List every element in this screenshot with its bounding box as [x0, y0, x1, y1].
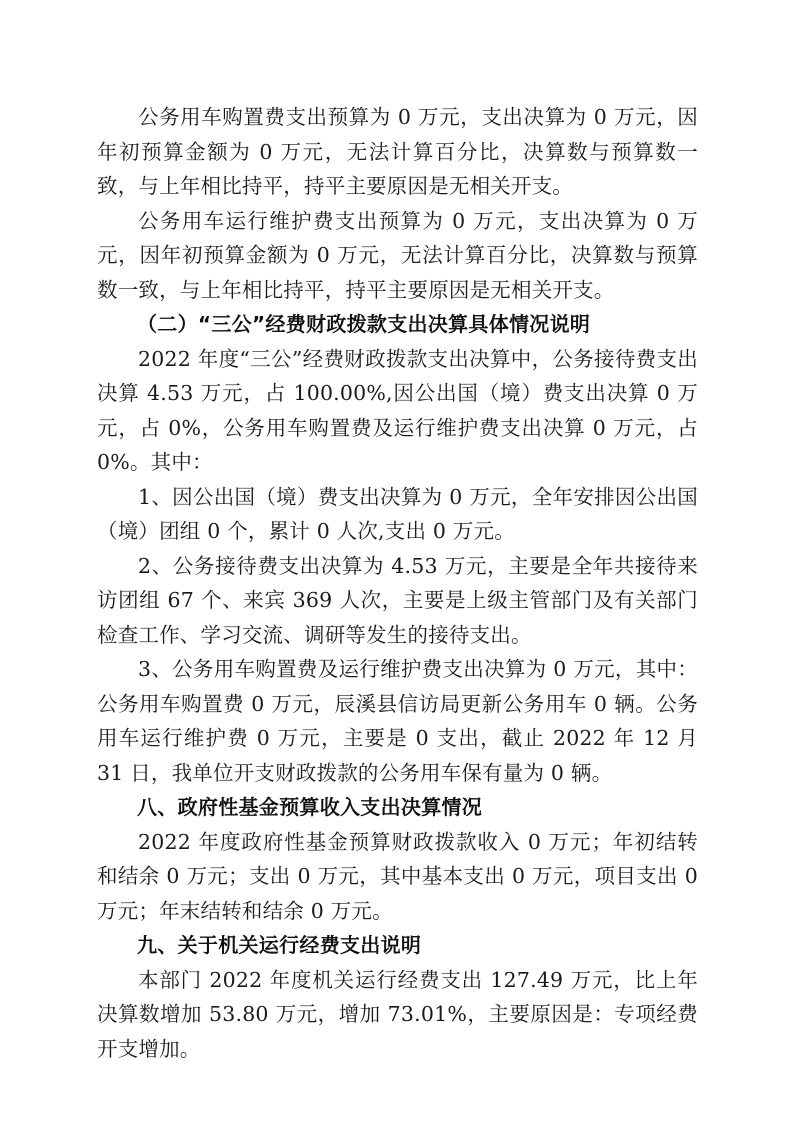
document-page: 公务用车购置费支出预算为 0 万元，支出决算为 0 万元，因年初预算金额为 0 …	[97, 100, 698, 1066]
paragraph-vehicle-purchase: 公务用车购置费支出预算为 0 万元，支出决算为 0 万元，因年初预算金额为 0 …	[97, 100, 698, 204]
section-heading-operating-expenses: 九、关于机关运行经费支出说明	[97, 928, 698, 963]
paragraph-operating-expenses: 本部门 2022 年度机关运行经费支出 127.49 万元，比上年决算数增加 5…	[97, 963, 698, 1067]
section-heading-government-fund: 八、政府性基金预算收入支出决算情况	[97, 790, 698, 825]
paragraph-government-fund: 2022 年度政府性基金预算财政拨款收入 0 万元；年初结转和结余 0 万元；支…	[97, 825, 698, 929]
paragraph-reception: 2、公务接待费支出决算为 4.53 万元，主要是全年共接待来访团组 67 个、来…	[97, 549, 698, 653]
paragraph-overseas-travel: 1、因公出国（境）费支出决算为 0 万元，全年安排因公出国（境）团组 0 个，累…	[97, 480, 698, 549]
paragraph-three-public-summary: 2022 年度“三公”经费财政拨款支出决算中，公务接待费支出决算 4.53 万元…	[97, 342, 698, 480]
paragraph-vehicle-maintenance: 公务用车运行维护费支出预算为 0 万元，支出决算为 0 万元，因年初预算金额为 …	[97, 204, 698, 308]
paragraph-official-vehicles: 3、公务用车购置费及运行维护费支出决算为 0 万元，其中：公务用车购置费 0 万…	[97, 652, 698, 790]
section-heading-three-public-details: （二）“三公”经费财政拨款支出决算具体情况说明	[97, 307, 698, 342]
